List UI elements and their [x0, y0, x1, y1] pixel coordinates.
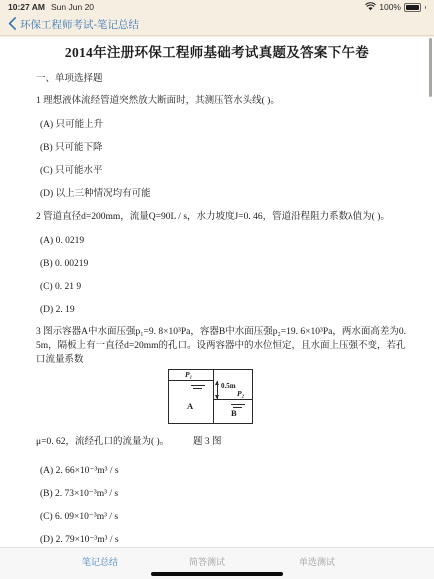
status-left: 10:27 AM Sun Jun 20 [8, 2, 94, 12]
home-indicator[interactable] [151, 572, 283, 576]
status-bar: 10:27 AM Sun Jun 20 100% [0, 0, 434, 14]
figure-water-hatch-a2 [193, 388, 202, 389]
back-button-label: 环保工程师考试-笔记总结 [20, 17, 139, 32]
figure-arrowhead-top [215, 381, 219, 385]
figure-compartment-a-label: A [187, 402, 193, 410]
back-button[interactable]: 环保工程师考试-笔记总结 [8, 17, 139, 33]
question-2-stem: 2 管道直径d=200mm，流量Q=90L / s，水力坡度J=0. 46，管道… [36, 211, 406, 223]
tab-multiple-choice-test[interactable]: 单选测试 [299, 555, 335, 568]
ipad-screen: 10:27 AM Sun Jun 20 100% 环保工程师 [0, 0, 434, 579]
figure-divider-wall [213, 370, 214, 423]
status-time: 10:27 AM [8, 2, 45, 12]
figure-water-hatch-b [231, 404, 245, 405]
figure-container-box: P₁ 0.5m P₂ A B [168, 369, 253, 424]
question-1-option-b: (B) 只可能下降 [40, 142, 406, 154]
battery-percent: 100% [379, 2, 401, 12]
navigation-bar: 环保工程师考试-笔记总结 [0, 14, 434, 36]
figure-dimension-label: 0.5m [221, 383, 236, 390]
figure-water-line-b [213, 399, 252, 400]
question-2-option-b: (B) 0. 00219 [40, 258, 406, 270]
battery-icon [404, 3, 421, 12]
question-2-option-c: (C) 0. 21 9 [40, 281, 406, 293]
document-view[interactable]: 2014年注册环保工程师基础考试真题及答案下午卷 一、单项选择题 1 理想液体流… [0, 37, 434, 548]
question-1-option-c: (C) 只可能水平 [40, 165, 406, 177]
question-1-stem: 1 理想液体流经管道突然放大断面时，其测压管水头线( )。 [36, 95, 406, 107]
figure-compartment-b-label: B [231, 409, 237, 417]
figure-p2-label: P₂ [237, 390, 244, 397]
question-1-option-d: (D) 以上三种情况均有可能 [40, 188, 406, 200]
figure-p1-label: P₁ [185, 371, 192, 378]
question-3-continued-row: μ=0. 62，流经孔口的流量为( )。 题 3 图 [36, 436, 406, 448]
question-3-option-a: (A) 2. 66×10⁻³m³ / s [40, 465, 406, 477]
question-3-option-d: (D) 2. 79×10⁻³m³ / s [40, 534, 406, 546]
figure-water-hatch-a [191, 385, 205, 386]
question-1-option-a: (A) 只可能上升 [40, 119, 406, 131]
section-heading: 一、单项选择题 [36, 73, 406, 85]
scrollbar-thumb[interactable] [429, 38, 432, 97]
battery-icon-nub [425, 6, 427, 9]
tab-notes-summary[interactable]: 笔记总结 [82, 555, 118, 568]
question-3-option-c: (C) 6. 09×10⁻³m³ / s [40, 511, 406, 523]
question-2-option-a: (A) 0. 0219 [40, 235, 406, 247]
status-right: 100% [365, 2, 426, 13]
bottom-tab-bar: 笔记总结 简答测试 单选测试 [0, 547, 434, 579]
figure-water-line-a [169, 380, 213, 381]
tab-short-answer-test[interactable]: 简答测试 [189, 555, 225, 568]
wifi-icon [365, 2, 376, 13]
document-title: 2014年注册环保工程师基础考试真题及答案下午卷 [36, 45, 398, 61]
figure-caption: 题 3 图 [193, 436, 222, 448]
question-3-stem-continued: μ=0. 62，流经孔口的流量为( )。 [36, 437, 169, 447]
question-2-option-d: (D) 2. 19 [40, 304, 406, 316]
question-3-option-b: (B) 2. 73×10⁻³m³ / s [40, 488, 406, 500]
chevron-left-icon [8, 17, 16, 33]
status-date: Sun Jun 20 [51, 2, 94, 12]
question-3-figure: P₁ 0.5m P₂ A B [0, 369, 434, 426]
question-3-stem: 3 图示容器A中水面压强p₁=9. 8×10³Pa，容器B中水面压强p₂=19.… [36, 325, 406, 367]
